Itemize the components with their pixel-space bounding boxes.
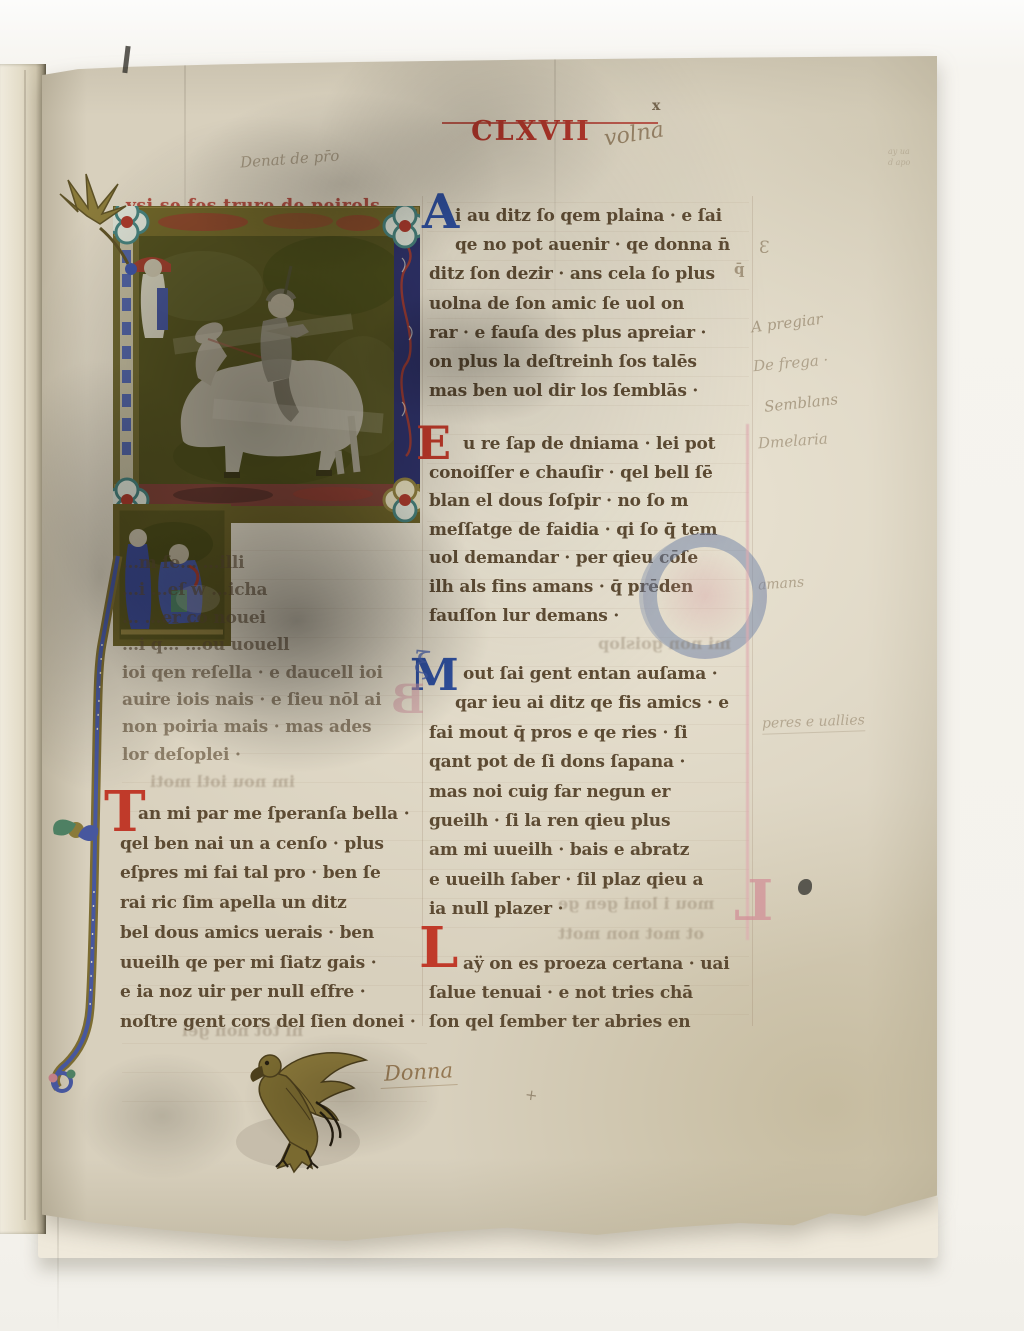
- text-line: qel ben nai un a cenſo · plus: [120, 830, 435, 860]
- text-line: ſon qel ſember ter abries en: [429, 1008, 753, 1037]
- text-line: bel dous amics uerais · ben: [120, 919, 435, 949]
- text-line: aÿ on es proeza certana · uai: [429, 950, 753, 979]
- margin-q-mark: q̄: [734, 260, 744, 278]
- text-line: ioi qen reſella · e daucell ioi: [122, 660, 427, 687]
- margin-note-3: Semblans: [763, 390, 839, 416]
- ghost-text-line: im nou iotl moti: [150, 772, 295, 791]
- text-line: … …er co nouei: [122, 605, 427, 632]
- text-line: eſpres mi fai tal pro · ben ſe: [120, 859, 435, 889]
- text-line: blan el dous ſoſpir · no ſo m: [429, 487, 751, 516]
- text-line: qant pot de ſi dons ſapana ·: [429, 748, 753, 777]
- text-line: non poiria mais · mas ades: [122, 714, 427, 741]
- bird-drawing: [220, 1042, 380, 1177]
- ink-blot: [798, 879, 812, 895]
- text-line: …i q… …ou uouell: [122, 632, 427, 659]
- text-line: an mi par me ſperanſa bella ·: [120, 800, 435, 830]
- folio-number: CLXVII: [446, 116, 616, 147]
- text-line: qar ieu ai ditz qe fis amics · e: [429, 689, 753, 718]
- text-line: auire iois nais · e ſieu nōl ai: [122, 687, 427, 714]
- manuscript-photo: { "meta": { "folio_number": "CLXVII" }, …: [0, 0, 1024, 1331]
- text-line: …m ſe… …illi: [122, 550, 427, 577]
- text-line: on plus la deſtreinh ſos talēs: [429, 348, 751, 377]
- margin-note-6: peres e uallies: [762, 712, 865, 735]
- ghost-text-line: mou i loni gen ge: [558, 894, 714, 913]
- text-line: u re ſap de dniama · lei pot: [429, 430, 751, 459]
- text-line: rar · e fauſa des plus apreiar ·: [429, 319, 751, 348]
- left-column-stanza-2: an mi par me ſperanſa bella · qel ben na…: [120, 800, 435, 1038]
- margin-note-4: Dmelaria: [757, 430, 828, 453]
- text-line: out ſai gent entan auſama ·: [429, 660, 753, 689]
- right-column-stanza-m: out ſai gent entan auſama · qar ieu ai d…: [429, 660, 753, 925]
- footer-word-donna: Donna: [379, 1058, 457, 1089]
- right-column-stanza-l: aÿ on es proeza certana · uai ſalue tenu…: [429, 950, 753, 1036]
- page-wrap: CLXVII x volna ay ua d apo Denat de pr̄o…: [0, 0, 1024, 1331]
- ghost-text-line: ot mot non mott: [558, 924, 704, 943]
- right-column-stanza-a: i au ditz ſo qem plaina · e ſai qe no po…: [429, 202, 751, 406]
- text-line: i au ditz ſo qem plaina · e ſai: [429, 202, 751, 231]
- corner-note: ay ua d apo: [888, 146, 910, 168]
- text-line: e uueilh ſaber · ſil plaz qieu a: [429, 866, 753, 895]
- text-line: fai mout q̄ pros e qe ries · ſi: [429, 719, 753, 748]
- margin-note-2: De frega ·: [752, 351, 829, 375]
- text-line: …i …eſ w …icha: [122, 577, 427, 604]
- text-line: ſalue tenuai · e not tries chā: [429, 979, 753, 1008]
- bar-terminal-curl: [49, 1070, 76, 1092]
- show-through-pink-l: L: [734, 868, 773, 934]
- show-through-pink-b: B: [391, 676, 425, 723]
- text-line: am mi uueilh · bais e abratz: [429, 836, 753, 865]
- text-line: rai ric ſim apella un ditz: [120, 889, 435, 919]
- text-line: gueilh · ſi la ren qieu plus: [429, 807, 753, 836]
- text-line: lor deſoplei ·: [122, 742, 427, 769]
- ghost-text-line: ni tot non gei: [182, 1021, 303, 1040]
- text-line: mas ben uol dir los ſemblās ·: [429, 377, 751, 406]
- left-column-stanza-1: …m ſe… …illi …i …eſ w …icha … …er co nou…: [122, 550, 427, 769]
- footer-cross-mark: +: [524, 1085, 539, 1105]
- text-line: mas noi cuig far negun er: [429, 778, 753, 807]
- corner-note-line1: ay ua: [888, 146, 910, 157]
- show-through-pink-line: [746, 424, 749, 940]
- text-line: uolna de ſon amic ſe uol on: [429, 290, 751, 319]
- margin-e-mark: Ɛ: [759, 238, 770, 258]
- text-line: qe no pot auenir · qe donna n̄: [429, 231, 751, 260]
- x-mark-annotation: x: [652, 98, 660, 114]
- ivy-leaf-sprig: [60, 174, 137, 275]
- text-line: uueilh qe per mi ſiatz gais ·: [120, 949, 435, 979]
- manuscript-page: CLXVII x volna ay ua d apo Denat de pr̄o…: [42, 56, 937, 1248]
- text-line: e ia noz uir per null eſfre ·: [120, 978, 435, 1008]
- text-line: conoiſſer e chauſir · qel bell ſē: [429, 459, 751, 488]
- ghost-text-line: mi non goislop: [598, 634, 731, 653]
- corner-note-line2: d apo: [888, 157, 910, 168]
- gutter-mark: t: [10, 1070, 15, 1085]
- margin-note-1: A pregiar: [750, 310, 823, 337]
- text-line: ditz ſon dezir · ans cela ſo plus: [429, 260, 751, 289]
